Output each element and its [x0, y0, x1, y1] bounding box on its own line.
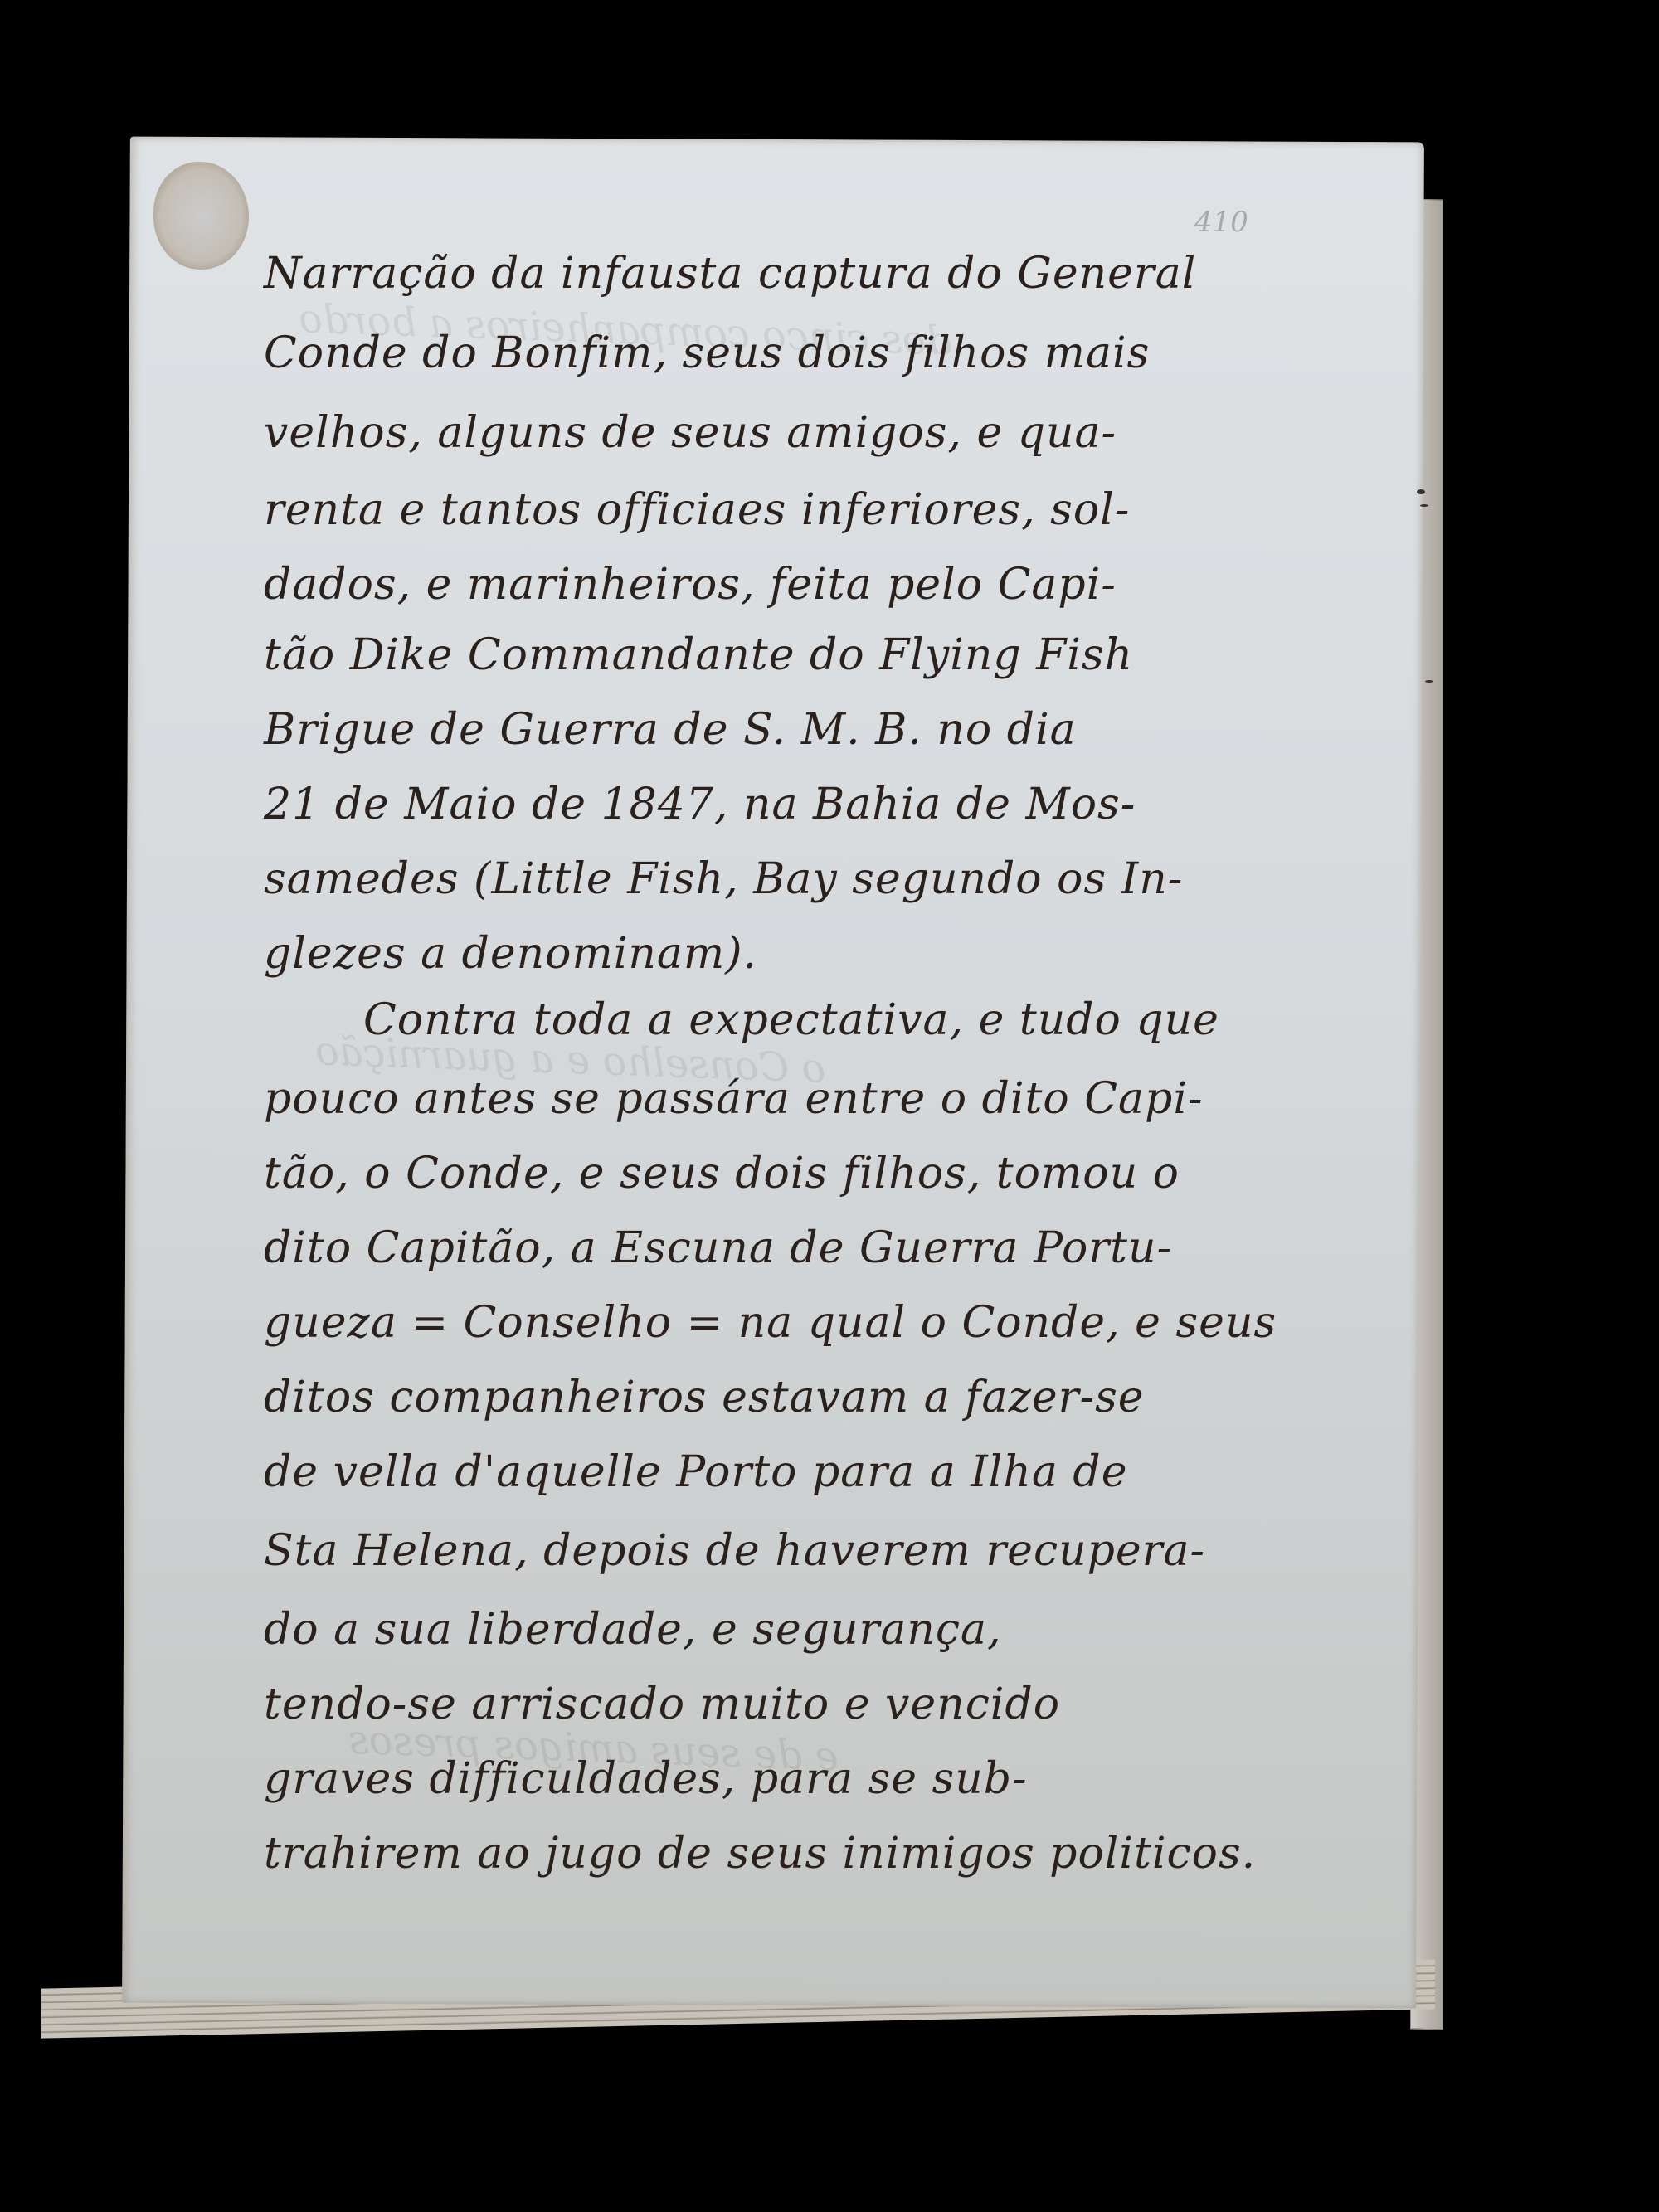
text-line: do a sua liberdade, e segurança, — [264, 1605, 1002, 1655]
text-line: renta e tantos officiaes inferiores, sol… — [264, 485, 1130, 535]
text-line: de vella d'aquelle Porto para a Ilha de — [264, 1447, 1127, 1497]
text-line: ditos companheiros estavam a fazer-se — [264, 1373, 1145, 1422]
text-line: dito Capitão, a Escuna de Guerra Portu- — [264, 1223, 1172, 1273]
ink-speck — [1417, 489, 1425, 494]
text-line: 21 de Maio de 1847, na Bahia de Mos- — [264, 780, 1136, 829]
text-line: tão Dike Commandante do Flying Fish — [264, 630, 1133, 680]
text-line: graves difficuldades, para se sub- — [264, 1754, 1028, 1804]
text-line: samedes (Little Fish, Bay segundo os In- — [264, 854, 1183, 904]
ink-speck — [1425, 680, 1433, 683]
text-line: trahirem ao jugo de seus inimigos politi… — [264, 1829, 1256, 1879]
text-line: Narração da infausta captura do General — [264, 249, 1196, 299]
text-line: Sta Helena, depois de haverem recupera- — [264, 1526, 1205, 1576]
text-line: tendo-se arriscado muito e vencido — [264, 1680, 1060, 1729]
text-line: Conde do Bonfim, seus dois filhos mais — [264, 328, 1150, 378]
text-line: tão, o Conde, e seus dois filhos, tomou … — [264, 1149, 1180, 1198]
text-line: pouco antes se passára entre o dito Capi… — [264, 1074, 1204, 1124]
water-stain — [153, 162, 249, 270]
text-line: velhos, alguns de seus amigos, e qua- — [264, 408, 1117, 458]
text-line: dados, e marinheiros, feita pelo Capi- — [264, 560, 1117, 610]
text-line: gueza = Conselho = na qual o Conde, e se… — [264, 1298, 1277, 1348]
ink-speck — [1420, 504, 1428, 507]
folio-number: 410 — [1194, 206, 1248, 239]
text-line: Contra toda a expectativa, e tudo que — [363, 995, 1219, 1045]
text-line: glezes a denominam). — [264, 929, 757, 979]
text-line: Brigue de Guerra de S. M. B. no dia — [264, 705, 1077, 755]
